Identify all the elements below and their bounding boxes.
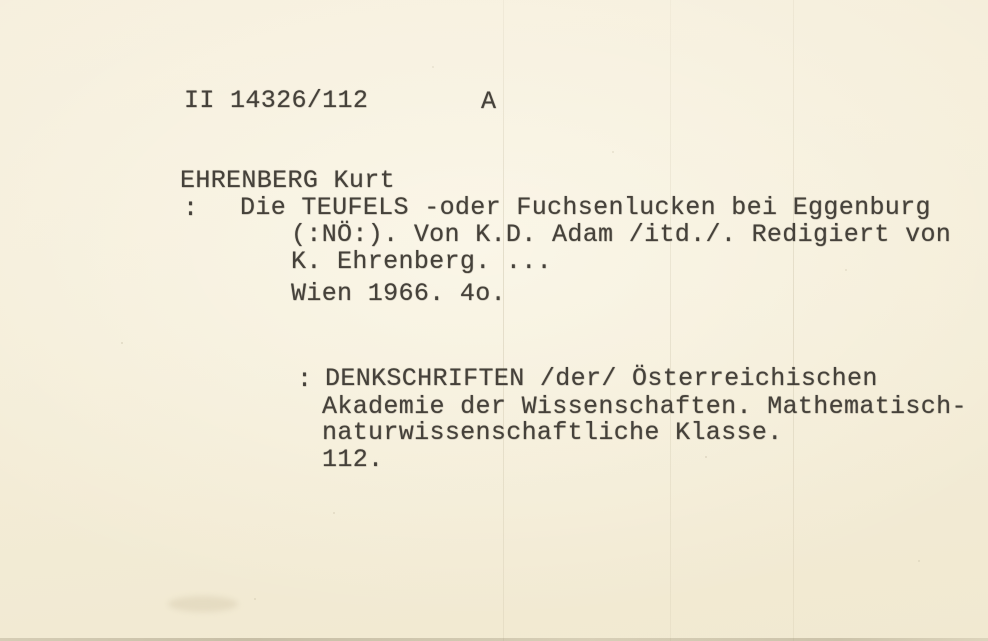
imprint-line: Wien 1966. 4o. [291,281,506,306]
title-colon: : [183,196,198,221]
series-colon: : [297,367,312,392]
paper-smudge [168,596,238,612]
title-line-3: K. Ehrenberg. ... [291,249,552,274]
series-line-3: naturwissenschaftliche Klasse. [322,420,783,445]
title-line-2: (:NÖ:). Von K.D. Adam /itd./. Redigiert … [291,222,951,247]
paper-crease [670,0,671,641]
series-line-1: DENKSCHRIFTEN /der/ Österreichischen [325,366,878,391]
series-volume-number: 112. [322,447,383,472]
title-line-1: Die TEUFELS -oder Fuchsenlucken bei Egge… [240,195,931,220]
author-heading: EHRENBERG Kurt [180,168,395,193]
catalog-card: II 14326/112 A EHRENBERG Kurt : Die TEUF… [0,0,988,641]
section-letter: A [481,89,496,114]
paper-crease [503,0,504,641]
paper-crease [793,0,794,641]
call-number: II 14326/112 [184,88,368,113]
paper-speckles [0,0,2,2]
series-line-2: Akademie der Wissenschaften. Mathematisc… [322,394,967,419]
